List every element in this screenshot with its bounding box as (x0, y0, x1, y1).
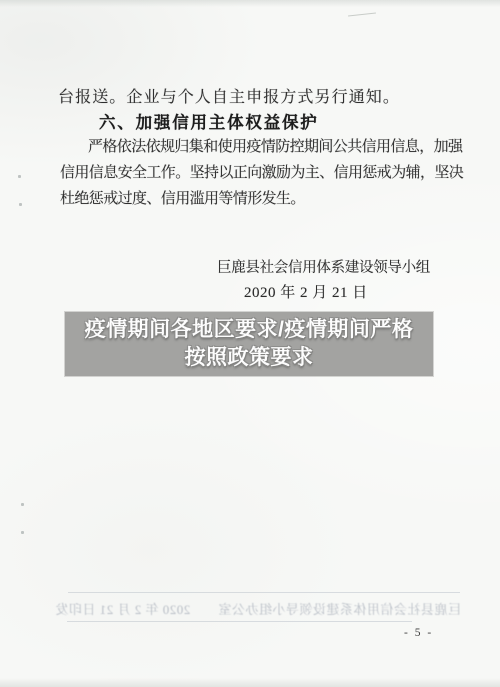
document-date: 2020 年 2 月 21 日 (244, 281, 368, 302)
paragraph-line: 信用信息安全工作。坚持以正向激励为主、信用惩戒为辅，坚决 (60, 161, 463, 182)
scan-speck (18, 175, 21, 178)
issuing-authority-signature: 巨鹿县社会信用体系建设领导小组 (217, 256, 430, 277)
caption-line-2: 按照政策要求 (185, 344, 314, 372)
scan-speck (21, 503, 24, 506)
bleed-through-rule-bottom (67, 621, 412, 622)
caption-overlay-banner: 疫情期间各地区要求/疫情期间严格 按照政策要求 (65, 312, 433, 376)
caption-line-1: 疫情期间各地区要求/疫情期间严格 (85, 316, 414, 344)
paragraph-line: 杜绝惩戒过度、信用滥用等情形发生。 (60, 187, 305, 208)
scan-speck (21, 531, 24, 534)
section-heading: 六、加强信用主体权益保护 (99, 109, 319, 133)
scan-scratch-mark (348, 13, 376, 17)
bleed-through-print-date: 2020 年 2 月 21 日印发 (55, 599, 190, 618)
scan-speck (19, 203, 22, 206)
bleed-through-rule-top (68, 592, 460, 593)
scanned-document-page: 台报送。企业与个人自主申报方式另行通知。 六、加强信用主体权益保护 严格依法依规… (0, 0, 500, 687)
bleed-through-footer: 巨鹿县社会信用体系建设领导小组办公室 2020 年 2 月 21 日印发 (55, 599, 461, 618)
page-number: - 5 - (404, 627, 433, 639)
bleed-through-issuer: 巨鹿县社会信用体系建设领导小组办公室 (218, 599, 461, 618)
body-text-line: 台报送。企业与个人自主申报方式另行通知。 (58, 84, 400, 107)
paragraph-line: 严格依法依规归集和使用疫情防控期间公共信用信息，加强 (88, 135, 462, 156)
